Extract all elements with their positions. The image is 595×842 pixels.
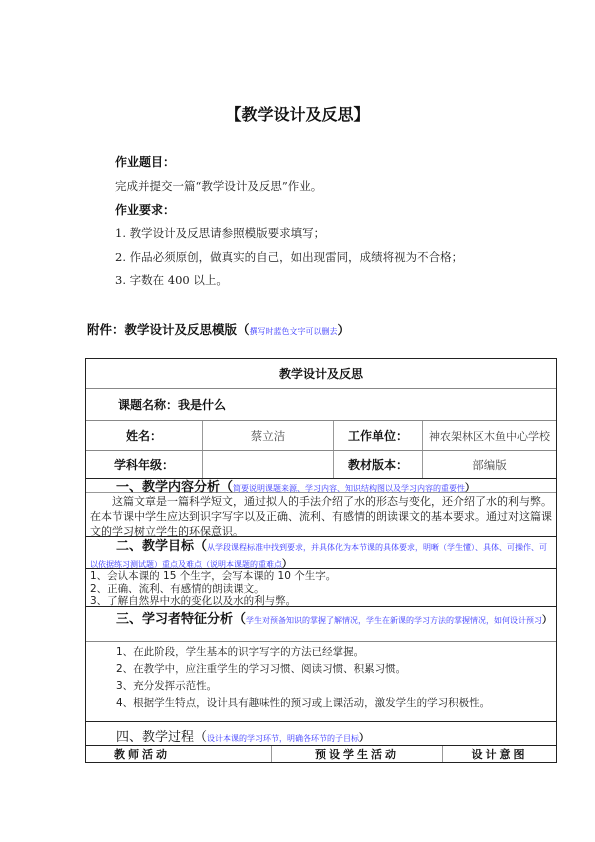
attachment-label: 附件：教学设计及反思模版（ <box>87 322 250 337</box>
lesson-title: 课题名称：我是什么 <box>118 389 226 420</box>
section-1-body-row: 这篇文章是一篇科学短文，通过拟人的手法介绍了水的形态与变化，还介绍了水的利与弊。… <box>86 493 556 537</box>
grade-value <box>202 451 333 478</box>
grade-edition-row: 学科年级： 教材版本： 部编版 <box>86 451 556 479</box>
assignment-topic-text: 完成并提交一篇“教学设计及反思”作业。 <box>115 178 322 194</box>
table-header: 教学设计及反思 <box>86 359 556 388</box>
attachment-heading: 附件：教学设计及反思模版（撰写时蓝色文字可以删去） <box>87 319 350 338</box>
goal-item: 3、了解自然界中水的变化以及水的利与弊。 <box>90 595 556 608</box>
unit-value: 神农架林区木鱼中心学校 <box>422 421 556 450</box>
process-columns-row: 教师活动 预设学生活动 设计意图 <box>86 746 556 763</box>
assignment-topic-label: 作业题目： <box>115 153 175 170</box>
section-4-hint: 设计本课的学习环节，明确各环节的子目标 <box>207 734 359 743</box>
section-3-body-row: 1、在此阶段，学生基本的识字写字的方法已经掌握。 2、在教学中，应注重学生的学习… <box>86 642 556 722</box>
section-1-hint: 简要说明课题来源、学习内容、知识结构图以及学习内容的重要性 <box>233 484 465 493</box>
section-2-title: 二、教学目标（ <box>116 539 207 554</box>
lesson-title-row: 课题名称：我是什么 <box>86 389 556 421</box>
name-unit-row: 姓名： 蔡立洁 工作单位： 神农架林区木鱼中心学校 <box>86 421 556 451</box>
requirement-item: 3. 字数在 400 以上。 <box>115 272 228 288</box>
column-design-intent: 设计意图 <box>442 746 556 762</box>
goal-item: 2、正确、流利、有感情的朗读课文。 <box>90 583 556 596</box>
section-1-body: 这篇文章是一篇科学短文，通过拟人的手法介绍了水的形态与变化，还介绍了水的利与弊。… <box>86 493 556 539</box>
name-value: 蔡立洁 <box>202 421 333 450</box>
learner-item: 2、在教学中，应注重学生的学习习惯、阅读习惯、积累习惯。 <box>116 661 556 678</box>
section-2-header: 二、教学目标（从学段课程标准中找到要求，并具体化为本节课的具体要求，明晰（学生懂… <box>86 537 556 569</box>
goal-item: 1、会认本课的 15 个生字，会写本课的 10 个生字。 <box>90 569 556 583</box>
section-4-title: 四、教学过程（ <box>116 730 207 745</box>
attachment-close: ） <box>338 323 350 337</box>
attachment-note: 撰写时蓝色文字可以删去 <box>250 327 338 336</box>
lesson-design-table: 教学设计及反思 课题名称：我是什么 姓名： 蔡立洁 工作单位： 神农架林区木鱼中… <box>85 358 557 763</box>
name-label: 姓名： <box>86 421 202 450</box>
learner-item: 1、在此阶段，学生基本的识字写字的方法已经掌握。 <box>116 644 556 661</box>
section-3-close: ） <box>542 615 552 626</box>
assignment-requirements-label: 作业要求： <box>115 201 175 218</box>
section-4-header: 四、教学过程（设计本课的学习环节，明确各环节的子目标） <box>86 722 556 746</box>
section-3-hint: 学生对预备知识的掌握了解情况，学生在新课的学习方法的掌握情况，如何设计预习 <box>246 616 542 625</box>
requirement-item: 2. 作品必须原创，做真实的自己，如出现雷同，成绩将视为不合格； <box>115 249 463 265</box>
section-2-body-row: 1、会认本课的 15 个生字，会写本课的 10 个生字。 2、正确、流利、有感情… <box>86 569 556 607</box>
grade-label: 学科年级： <box>86 451 202 478</box>
table-header-row: 教学设计及反思 <box>86 359 556 389</box>
learner-item: 3、充分发挥示范性。 <box>116 678 556 695</box>
section-4-close: ） <box>359 733 369 744</box>
learner-item: 4、根据学生特点，设计具有趣味性的预习或上课活动，激发学生的学习积极性。 <box>116 695 556 712</box>
section-3-header: 三、学习者特征分析（学生对预备知识的掌握了解情况，学生在新课的学习方法的掌握情况… <box>86 607 556 642</box>
column-student-activity: 预设学生活动 <box>271 746 442 762</box>
edition-value: 部编版 <box>422 451 556 478</box>
document-title: 【教学设计及反思】 <box>0 102 595 125</box>
section-3-title: 三、学习者特征分析（ <box>116 612 246 627</box>
edition-label: 教材版本： <box>333 451 422 478</box>
column-teacher-activity: 教师活动 <box>86 746 271 762</box>
unit-label: 工作单位： <box>333 421 422 450</box>
section-1-header: 一、教学内容分析（简要说明课题来源、学习内容、知识结构图以及学习内容的重要性） <box>86 479 556 493</box>
requirement-item: 1. 教学设计及反思请参照模版要求填写； <box>115 225 325 241</box>
